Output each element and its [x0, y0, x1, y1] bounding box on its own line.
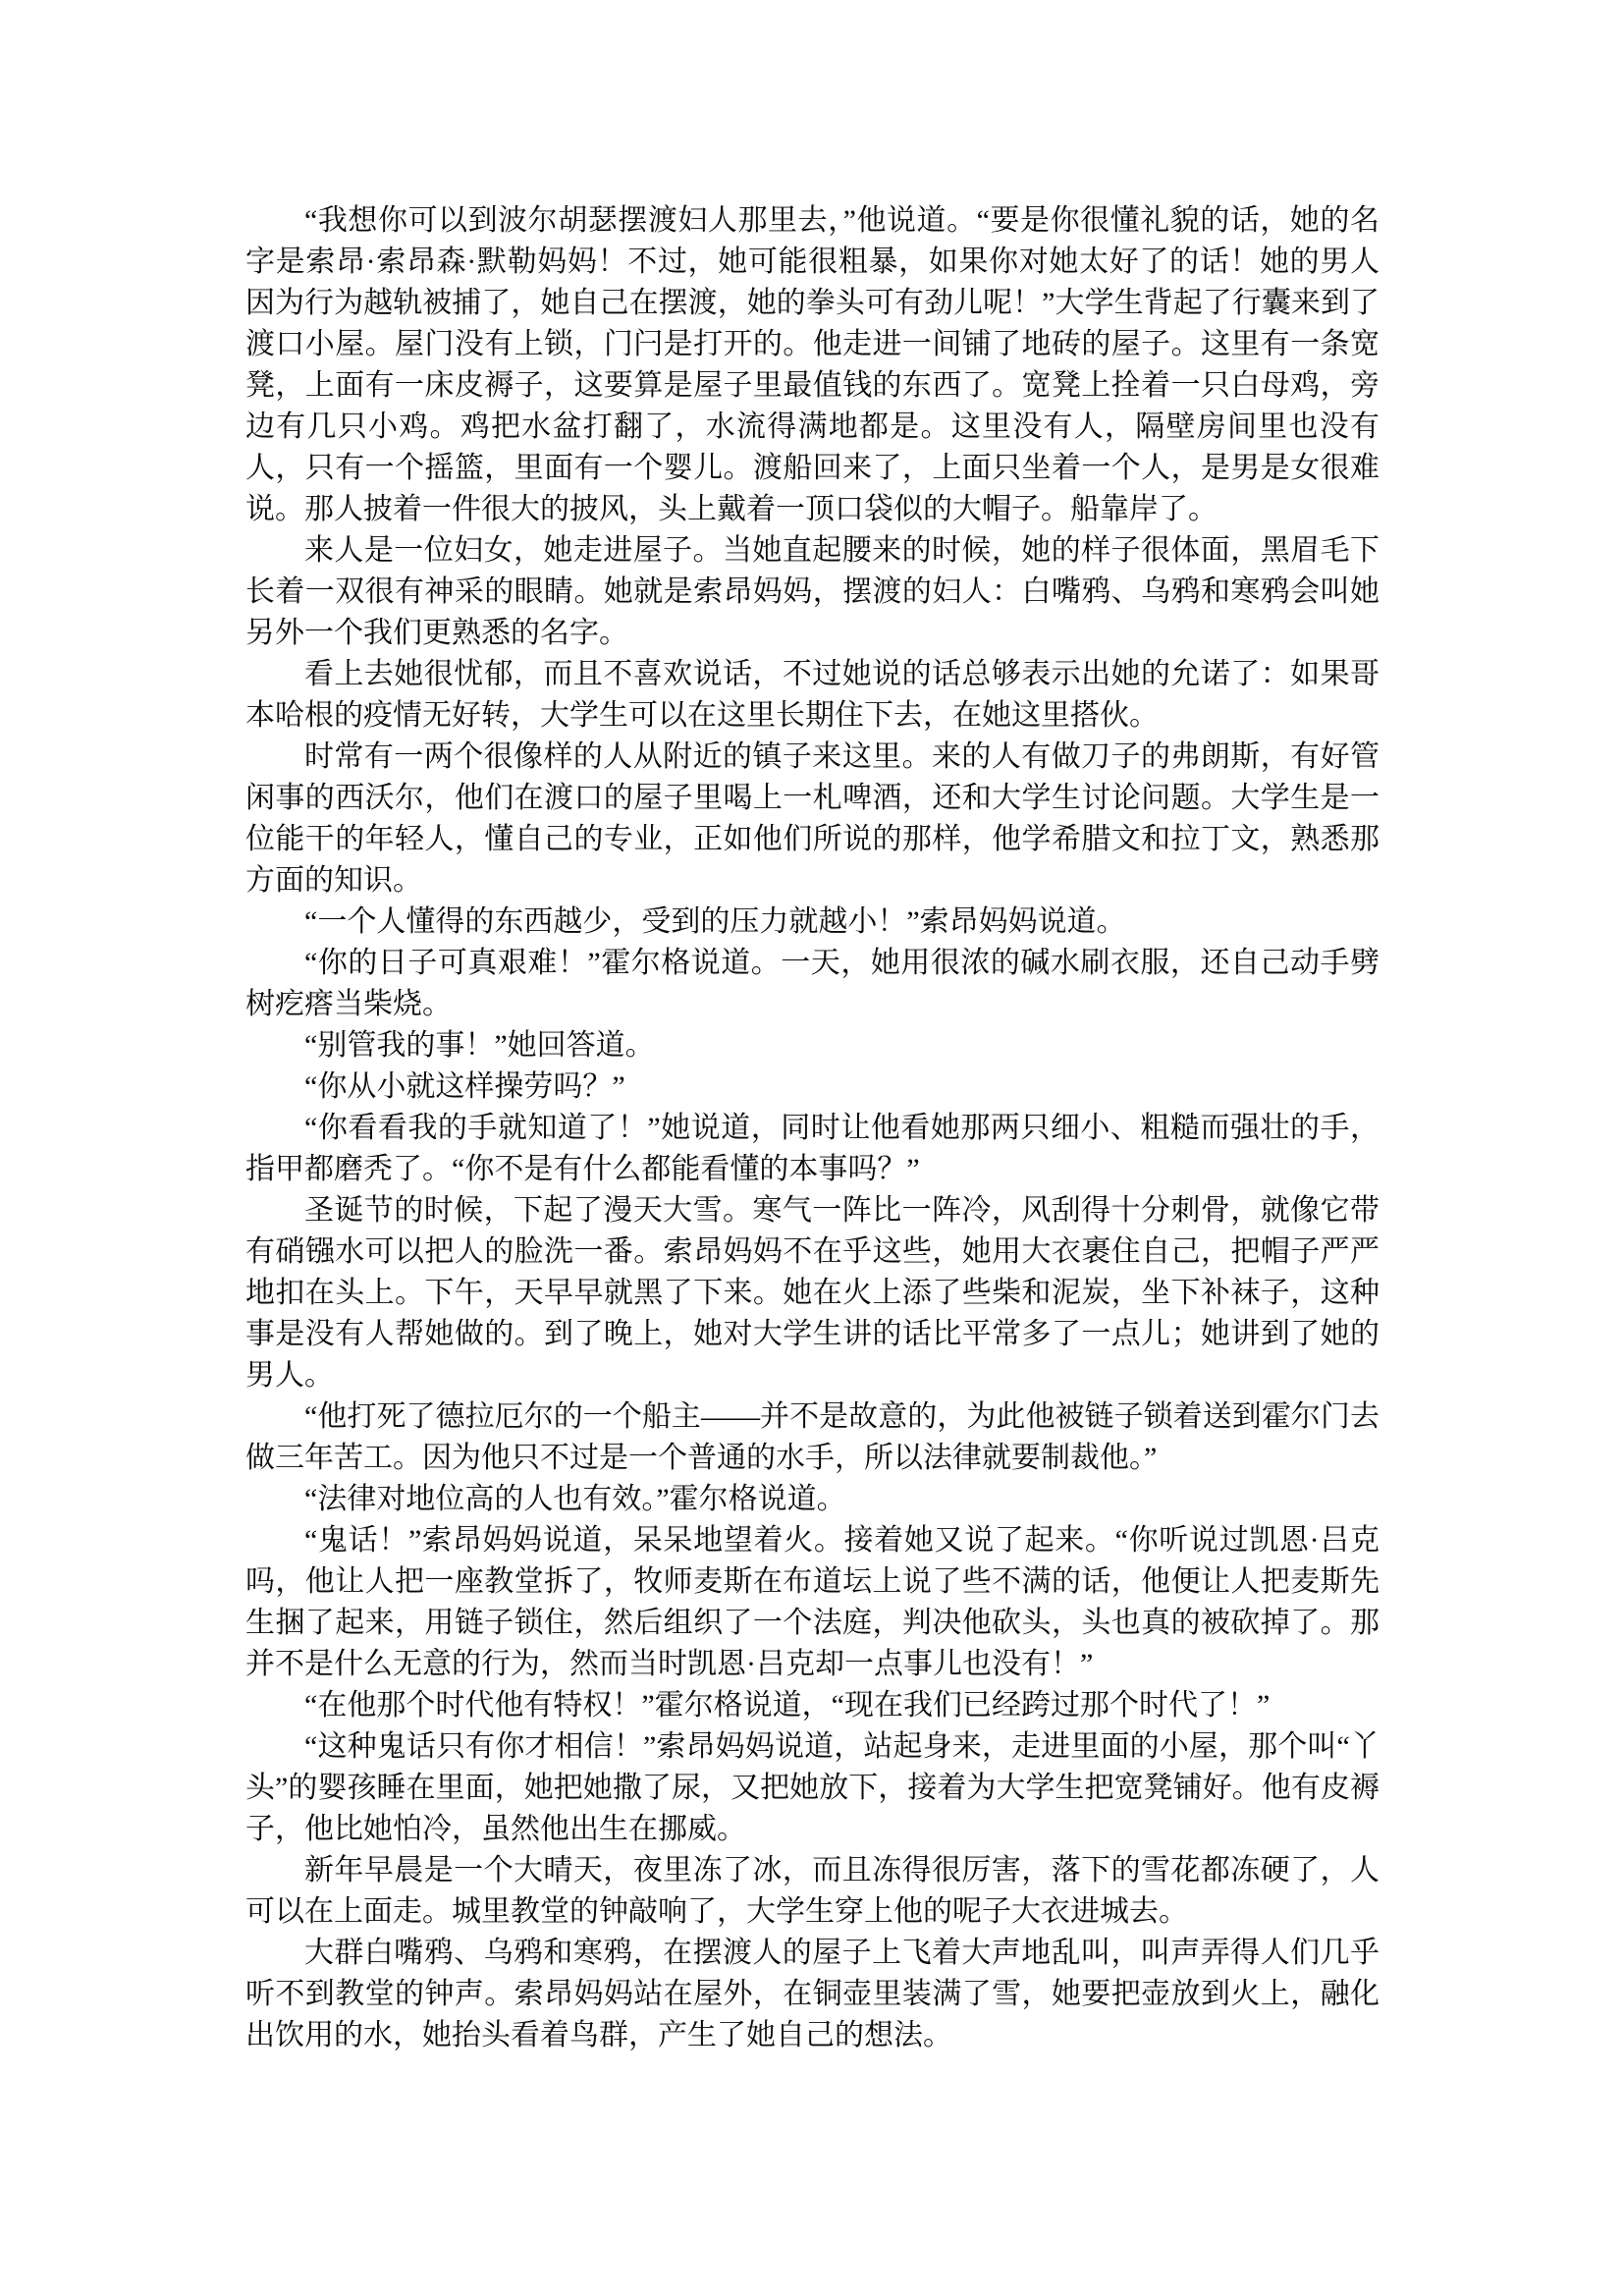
story-text-block: “我想你可以到波尔胡瑟摆渡妇人那里去，”他说道。“要是你很懂礼貌的话，她的名字是…	[245, 200, 1380, 2056]
paragraph: “我想你可以到波尔胡瑟摆渡妇人那里去，”他说道。“要是你很懂礼貌的话，她的名字是…	[245, 200, 1380, 530]
paragraph: “你的日子可真艰难！”霍尔格说道。一天，她用很浓的碱水刷衣服，还自己动手劈树疙瘩…	[245, 943, 1380, 1025]
paragraph: “你看看我的手就知道了！”她说道，同时让他看她那两只细小、粗糙而强壮的手，指甲都…	[245, 1108, 1380, 1190]
paragraph: “鬼话！”索昂妈妈说道，呆呆地望着火。接着她又说了起来。“你听说过凯恩·吕克吗，…	[245, 1520, 1380, 1685]
paragraph: “他打死了德拉厄尔的一个船主——并不是故意的，为此他被链子锁着送到霍尔门去做三年…	[245, 1396, 1380, 1479]
paragraph: “一个人懂得的东西越少，受到的压力就越小！”索昂妈妈说道。	[245, 902, 1380, 943]
paragraph: 新年早晨是一个大晴天，夜里冻了冰，而且冻得很厉害，落下的雪花都冻硬了，人可以在上…	[245, 1850, 1380, 1933]
document-page: “我想你可以到波尔胡瑟摆渡妇人那里去，”他说道。“要是你很懂礼貌的话，她的名字是…	[0, 0, 1623, 2296]
paragraph: 看上去她很忧郁，而且不喜欢说话，不过她说的话总够表示出她的允诺了：如果哥本哈根的…	[245, 654, 1380, 737]
paragraph: “法律对地位高的人也有效。”霍尔格说道。	[245, 1479, 1380, 1520]
paragraph: 圣诞节的时候，下起了漫天大雪。寒气一阵比一阵冷，风刮得十分刺骨，就像它带有硝镪水…	[245, 1190, 1380, 1396]
paragraph: “你从小就这样操劳吗？”	[245, 1066, 1380, 1108]
paragraph: 来人是一位妇女，她走进屋子。当她直起腰来的时候，她的样子很体面，黑眉毛下长着一双…	[245, 530, 1380, 654]
paragraph: 大群白嘴鸦、乌鸦和寒鸦，在摆渡人的屋子上飞着大声地乱叫，叫声弄得人们几乎听不到教…	[245, 1933, 1380, 2056]
paragraph: “别管我的事！”她回答道。	[245, 1025, 1380, 1066]
paragraph: 时常有一两个很像样的人从附近的镇子来这里。来的人有做刀子的弗朗斯，有好管闲事的西…	[245, 737, 1380, 902]
paragraph: “在他那个时代他有特权！”霍尔格说道，“现在我们已经跨过那个时代了！”	[245, 1685, 1380, 1726]
paragraph: “这种鬼话只有你才相信！”索昂妈妈说道，站起身来，走进里面的小屋，那个叫“丫头”…	[245, 1726, 1380, 1850]
